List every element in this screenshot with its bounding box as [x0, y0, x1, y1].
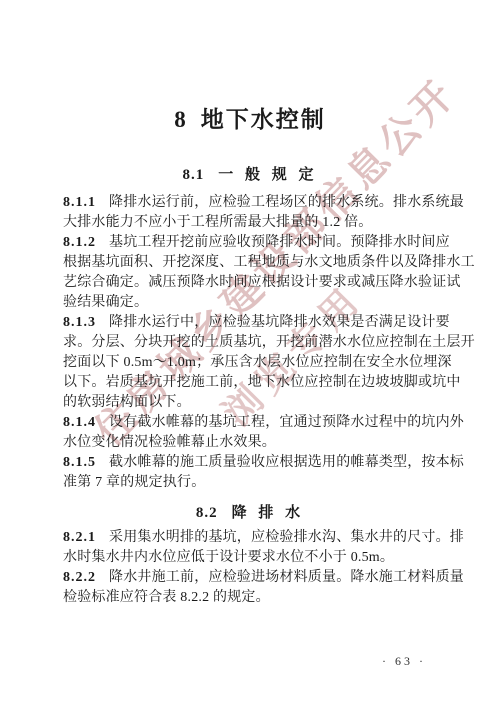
- clause-text: 降排水运行前，应检验工程场区的排水系统。排水系统最: [109, 195, 464, 210]
- body-line: 8.2.1采用集水明排的基坑，应检验排水沟、集水井的尺寸。排: [63, 528, 443, 548]
- paragraph-8-1-1: 8.1.1降排水运行前，应检验工程场区的排水系统。排水系统最 大排水能力不应小于…: [63, 193, 443, 233]
- body-line: 准第 7 章的规定执行。: [63, 473, 443, 493]
- clause-number: 8.1.2: [63, 235, 96, 250]
- paragraph-8-2-2: 8.2.2降水井施工前，应检验进场材料质量。降水施工材料质量 检验标准应符合表 …: [63, 568, 443, 608]
- clause-text: 设有截水帷幕的基坑工程，宜通过预降水过程中的坑内外: [109, 415, 464, 430]
- clause-text: 截水帷幕的施工质量验收应根据选用的帷幕类型，按本标: [109, 455, 464, 470]
- section-number: 8.1: [182, 167, 204, 183]
- body-line: 挖面以下 0.5m～1.0m；承压含水层水位应控制在安全水位埋深: [63, 353, 443, 373]
- section-heading-8-2: 8.2降 排 水: [0, 501, 500, 522]
- body-line: 检验标准应符合表 8.2.2 的规定。: [63, 588, 443, 608]
- page-number: · 63 ·: [382, 654, 426, 669]
- chapter-number: 8: [174, 107, 186, 132]
- body-line: 水时集水井内水位应低于设计要求水位不小于 0.5m。: [63, 548, 443, 568]
- body-line: 求。分层、分块开挖的土质基坑，开挖前潜水水位应控制在土层开: [63, 333, 443, 353]
- body-line: 8.1.1降排水运行前，应检验工程场区的排水系统。排水系统最: [63, 193, 443, 213]
- clause-text: 基坑工程开挖前应验收预降排水时间。预降排水时间应: [109, 235, 450, 250]
- clause-number: 8.1.1: [63, 195, 96, 210]
- section-title-text: 一 般 规 定: [218, 167, 317, 183]
- body-line: 8.2.2降水井施工前，应检验进场材料质量。降水施工材料质量: [63, 568, 443, 588]
- document-page: 住房城乡建设部信息公开 浏览专用 8地下水控制 8.1一 般 规 定 8.1.1…: [0, 0, 500, 725]
- section-title-text: 降 排 水: [232, 505, 305, 521]
- clause-number: 8.1.3: [63, 315, 96, 330]
- body-line: 水位变化情况检验帷幕止水效果。: [63, 433, 443, 453]
- section-number: 8.2: [196, 505, 218, 521]
- body-line: 大排水能力不应小于工程所需最大排量的 1.2 倍。: [63, 213, 443, 233]
- section-8-1-body: 8.1.1降排水运行前，应检验工程场区的排水系统。排水系统最 大排水能力不应小于…: [63, 193, 443, 493]
- body-line: 8.1.2基坑工程开挖前应验收预降排水时间。预降排水时间应: [63, 233, 443, 253]
- body-line: 8.1.4设有截水帷幕的基坑工程，宜通过预降水过程中的坑内外: [63, 413, 443, 433]
- clause-number: 8.2.2: [63, 570, 96, 585]
- chapter-title-text: 地下水控制: [201, 107, 326, 132]
- section-heading-8-1: 8.1一 般 规 定: [0, 163, 500, 184]
- body-line: 验结果确定。: [63, 293, 443, 313]
- body-line: 艺综合确定。减压预降水时间应根据设计要求或减压降水验证试: [63, 273, 443, 293]
- clause-number: 8.1.5: [63, 455, 96, 470]
- paragraph-8-1-3: 8.1.3降排水运行中，应检验基坑降排水效果是否满足设计要 求。分层、分块开挖的…: [63, 313, 443, 413]
- section-8-2-body: 8.2.1采用集水明排的基坑，应检验排水沟、集水井的尺寸。排 水时集水井内水位应…: [63, 528, 443, 608]
- clause-number: 8.2.1: [63, 530, 96, 545]
- body-line: 8.1.3降排水运行中，应检验基坑降排水效果是否满足设计要: [63, 313, 443, 333]
- paragraph-8-1-2: 8.1.2基坑工程开挖前应验收预降排水时间。预降排水时间应 根据基坑面积、开挖深…: [63, 233, 443, 313]
- paragraph-8-2-1: 8.2.1采用集水明排的基坑，应检验排水沟、集水井的尺寸。排 水时集水井内水位应…: [63, 528, 443, 568]
- clause-text: 降水井施工前，应检验进场材料质量。降水施工材料质量: [109, 570, 464, 585]
- paragraph-8-1-4: 8.1.4设有截水帷幕的基坑工程，宜通过预降水过程中的坑内外 水位变化情况检验帷…: [63, 413, 443, 453]
- clause-number: 8.1.4: [63, 415, 96, 430]
- body-line: 根据基坑面积、开挖深度、工程地质与水文地质条件以及降排水工: [63, 253, 443, 273]
- paragraph-8-1-5: 8.1.5截水帷幕的施工质量验收应根据选用的帷幕类型，按本标 准第 7 章的规定…: [63, 453, 443, 493]
- chapter-title: 8地下水控制: [0, 101, 500, 134]
- body-line: 以下。岩质基坑开挖施工前，地下水位应控制在边坡坡脚或坑中: [63, 373, 443, 393]
- clause-text: 采用集水明排的基坑，应检验排水沟、集水井的尺寸。排: [109, 530, 464, 545]
- clause-text: 降排水运行中，应检验基坑降排水效果是否满足设计要: [109, 315, 450, 330]
- body-line: 的软弱结构面以下。: [63, 393, 443, 413]
- body-line: 8.1.5截水帷幕的施工质量验收应根据选用的帷幕类型，按本标: [63, 453, 443, 473]
